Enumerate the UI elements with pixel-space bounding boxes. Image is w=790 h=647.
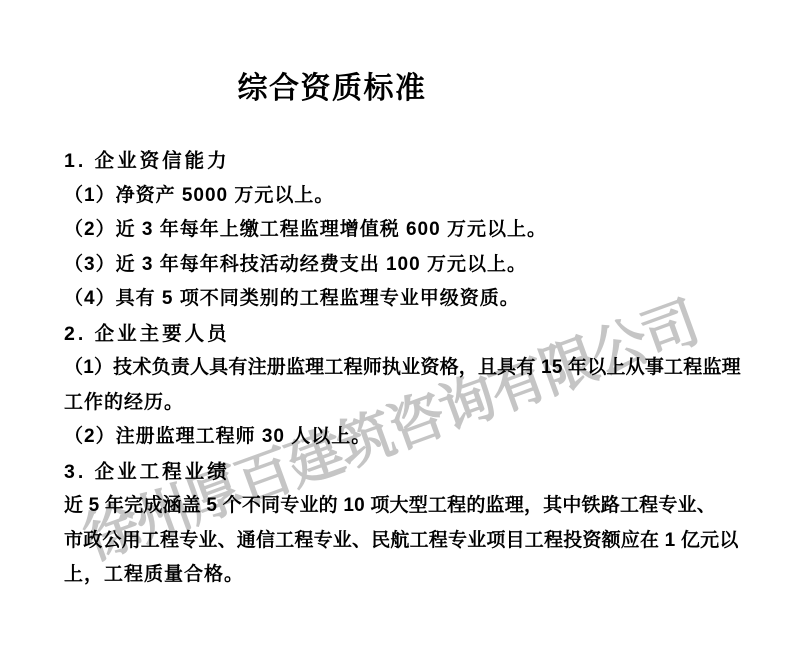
document-line: （4）具有 5 项不同类别的工程监理专业甲级资质。 <box>64 282 770 317</box>
section-heading: 1. 企业资信能力 <box>64 144 770 179</box>
document-line: 工作的经历。 <box>64 386 770 421</box>
document-line: 市政公用工程专业、通信工程专业、民航工程专业项目工程投资额应在 1 亿元以 <box>64 524 770 559</box>
page-title: 综合资质标准 <box>0 71 664 107</box>
section-heading: 3. 企业工程业绩 <box>64 455 770 490</box>
document-body: 1. 企业资信能力 （1）净资产 5000 万元以上。 （2）近 3 年每年上缴… <box>64 144 770 593</box>
document-page: 徐州厚百建筑咨询有限公司 综合资质标准 1. 企业资信能力 （1）净资产 500… <box>0 0 790 647</box>
document-line: 近 5 年完成涵盖 5 个不同专业的 10 项大型工程的监理，其中铁路工程专业、 <box>64 489 770 524</box>
section-heading: 2. 企业主要人员 <box>64 317 770 352</box>
document-line: 上，工程质量合格。 <box>64 558 770 593</box>
document-line: （3）近 3 年每年科技活动经费支出 100 万元以上。 <box>64 248 770 283</box>
document-line: （2）注册监理工程师 30 人以上。 <box>64 420 770 455</box>
document-line: （1）技术负责人具有注册监理工程师执业资格，且具有 15 年以上从事工程监理 <box>64 351 770 386</box>
document-line: （2）近 3 年每年上缴工程监理增值税 600 万元以上。 <box>64 213 770 248</box>
document-line: （1）净资产 5000 万元以上。 <box>64 179 770 214</box>
